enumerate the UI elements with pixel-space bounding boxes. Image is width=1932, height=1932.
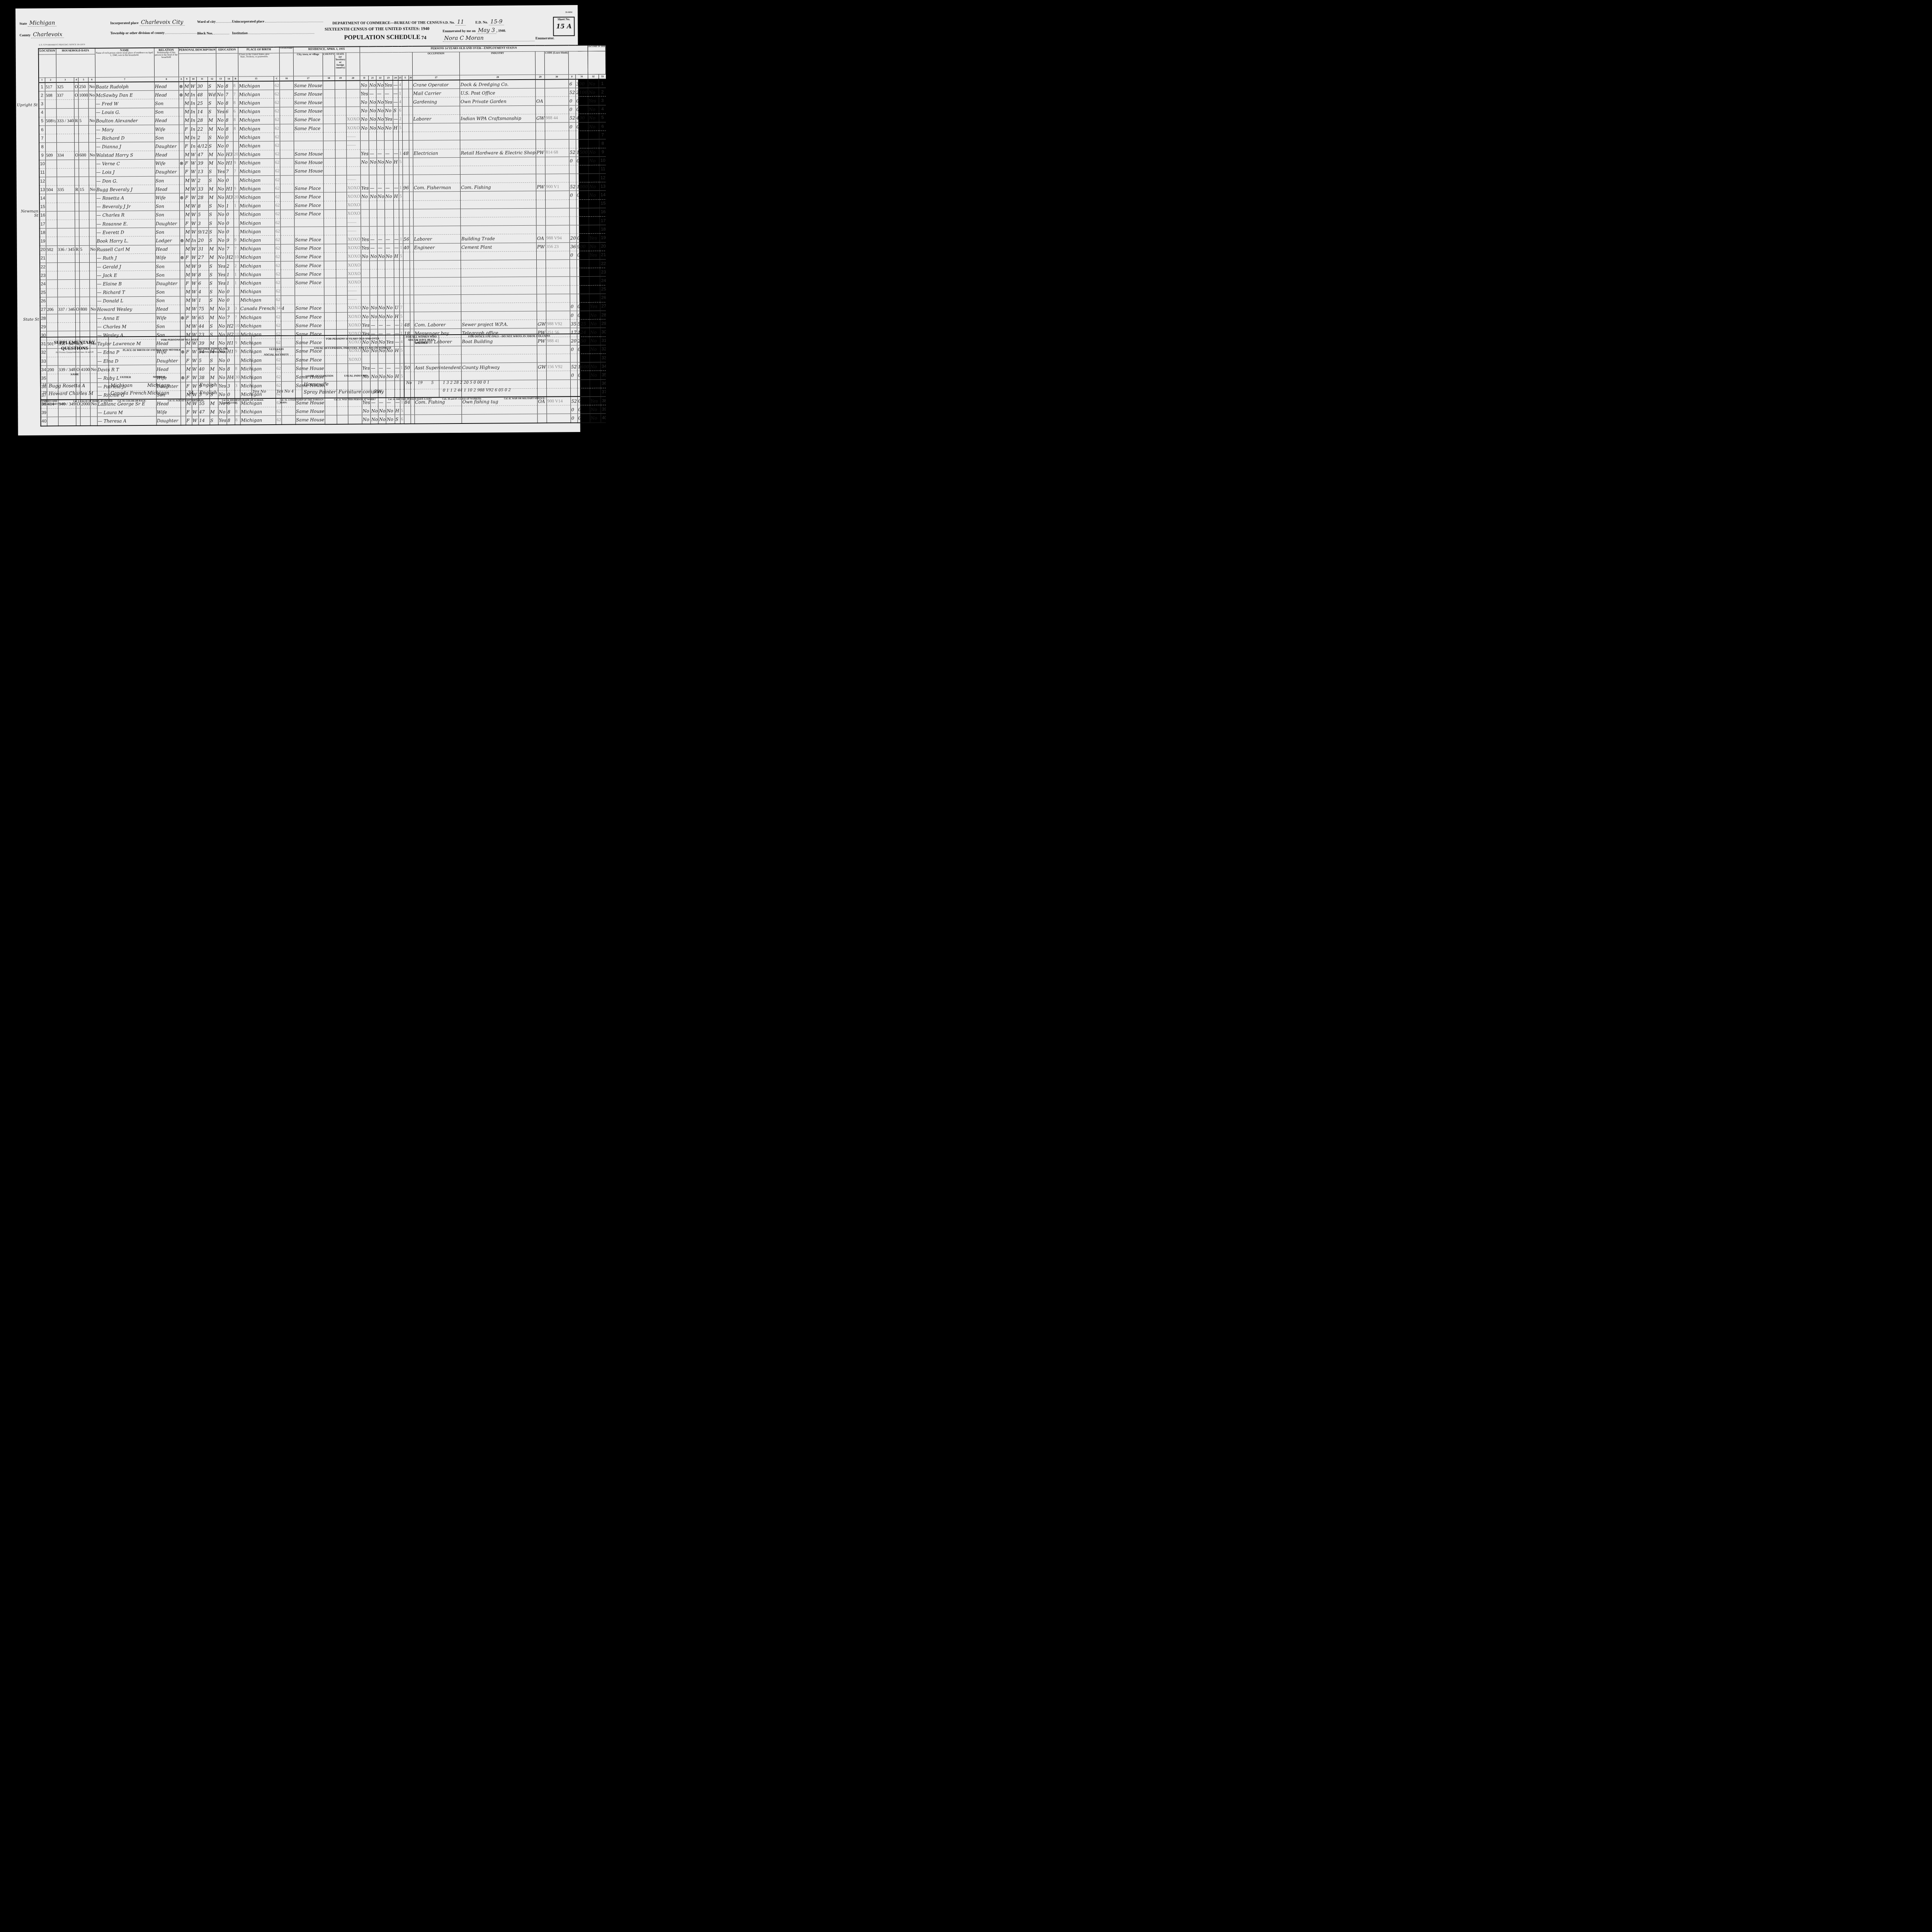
cell-h	[394, 269, 400, 278]
cell-bc: 62	[274, 116, 280, 124]
cell-age: 44	[198, 322, 209, 330]
cell-res: Same House	[294, 158, 323, 167]
cell-race: W	[191, 305, 198, 313]
cell-grade: 7	[225, 167, 233, 176]
cell-wages: 0	[576, 97, 588, 105]
cell-mar: S	[209, 228, 217, 236]
cell-rel: Wife	[155, 125, 179, 134]
cell-occ	[414, 286, 461, 295]
cell-farm	[88, 100, 95, 108]
cell-mar: M	[209, 253, 217, 262]
cell-s	[378, 286, 385, 295]
cell-ind	[461, 303, 537, 311]
cell-s	[335, 167, 347, 175]
cell-res	[294, 141, 323, 150]
cell-res: Same Place	[294, 235, 324, 244]
cell-h: —	[393, 115, 399, 123]
cell-line: 6	[599, 122, 606, 131]
cell-line: 27	[40, 306, 46, 314]
cell-occ	[413, 209, 461, 218]
cell-cls: GW	[536, 114, 545, 122]
cell-dwell	[57, 202, 75, 211]
cell-inf	[179, 211, 185, 219]
cell-line: 11	[39, 168, 46, 177]
cell-value	[80, 280, 90, 288]
cell-e: 5	[399, 192, 403, 201]
cell-w	[361, 141, 369, 149]
cell-oth: No	[590, 337, 600, 345]
cell-cls	[537, 303, 546, 311]
cell-line: 25	[40, 289, 46, 297]
cell-weeks	[570, 285, 577, 294]
cell-race: In	[190, 142, 197, 150]
cell-res	[295, 295, 324, 304]
cell-s	[336, 252, 347, 261]
cell-weeks: 0	[570, 251, 577, 259]
cell-gc	[233, 210, 239, 219]
cell-line: 13	[599, 182, 606, 190]
cell-occ: Crane Operator	[412, 80, 460, 89]
cell-gc	[234, 227, 240, 236]
cell-own	[75, 237, 79, 245]
cell-o	[385, 260, 394, 269]
cell-s	[335, 175, 347, 184]
cell-gc: 1	[234, 270, 240, 279]
column-number: 21	[369, 76, 376, 81]
column-number: A	[179, 77, 184, 82]
cell-wages	[577, 259, 589, 268]
cell-sex: M	[185, 236, 191, 245]
cell-occ: Com. Fisherman	[413, 183, 461, 192]
cell-birth: Michigan	[240, 296, 275, 304]
cell-own	[75, 280, 80, 288]
cell-cls: OA	[536, 97, 545, 105]
cell-bc: 62	[274, 124, 280, 133]
cell-bc: 62	[275, 261, 281, 270]
cell-oth	[590, 379, 600, 388]
cell-ind	[460, 174, 536, 183]
cell-res: Same House	[294, 167, 323, 176]
cell-e	[400, 286, 403, 295]
cell-s: —	[377, 235, 385, 243]
cell-weeks	[569, 139, 576, 148]
cell-h: —	[394, 321, 400, 329]
cell-occ	[413, 252, 461, 260]
cell-xo	[347, 150, 361, 158]
cell-house: 508	[45, 91, 56, 100]
cell-birth: Michigan	[238, 81, 274, 90]
cell-farm: No	[90, 305, 97, 314]
cell-sch: No	[216, 90, 225, 99]
cell-rel: Head	[154, 82, 179, 90]
cell-farm: No	[90, 245, 96, 254]
cell-wages: 300	[575, 79, 588, 88]
cell-dwell	[57, 228, 75, 237]
cell-hrs	[403, 286, 410, 295]
cell-weeks: 0	[569, 122, 576, 131]
cell-w	[361, 226, 369, 235]
cell-birth: Michigan	[240, 287, 275, 296]
cell-s: No	[378, 304, 386, 312]
printing-office-note: U.S. GOVERNMENT PRINTING OFFICE 16-11979	[39, 44, 85, 46]
cell-ind	[460, 105, 536, 114]
cell-xo: XOXO	[347, 304, 361, 312]
cell-w	[361, 218, 369, 226]
cell-race: W	[190, 150, 197, 159]
group-birth: PLACE OF BIRTH	[238, 47, 279, 53]
cell-grade: 1	[226, 270, 234, 279]
cell-farm	[89, 228, 96, 236]
cell-s	[335, 124, 346, 132]
cell-oc: 988 44	[545, 114, 569, 123]
cell-e: 5	[400, 312, 403, 320]
cell-age: 65	[198, 313, 209, 322]
cell-ind	[461, 191, 536, 200]
cell-house: 206	[46, 306, 58, 314]
cell-oth: No	[588, 105, 599, 114]
cell-p: No	[370, 312, 378, 321]
cell-oc	[545, 79, 569, 88]
cell-xo	[346, 98, 360, 106]
cell-birth: Michigan	[238, 116, 274, 124]
cell-wk	[409, 141, 413, 149]
cell-value	[79, 177, 89, 185]
cell-ind	[461, 200, 536, 209]
group-income: INCOME IN 1939	[588, 45, 605, 51]
cell-line: 22	[600, 259, 606, 268]
cell-w: No	[360, 115, 369, 124]
cell-s: No	[377, 158, 384, 166]
cell-weeks: 35	[570, 320, 577, 328]
cell-oth: No	[589, 191, 600, 199]
cell-house	[46, 288, 58, 297]
cell-gc	[233, 133, 239, 141]
cell-farm	[90, 322, 97, 331]
cell-birth: Michigan	[239, 158, 274, 167]
cell-wk	[410, 192, 413, 201]
cell-weeks: 0	[569, 105, 576, 114]
cell-mar: S	[208, 176, 217, 184]
cell-oc	[546, 199, 570, 208]
cell-dwell: 333 / 340	[56, 117, 75, 125]
cell-grade: H3	[225, 150, 233, 159]
cell-oth	[588, 173, 599, 182]
cell-grade: H3	[226, 193, 233, 202]
cell-line: 1	[599, 79, 606, 88]
cell-c	[323, 158, 335, 167]
cell-dwell	[56, 134, 75, 143]
cell-value	[80, 323, 90, 331]
cell-cit	[280, 141, 294, 150]
cell-dwell	[57, 263, 75, 271]
cell-rel: Head	[156, 305, 180, 314]
cell-rel: Head	[155, 150, 179, 159]
cell-name: — Richard T	[96, 288, 155, 297]
cell-inf	[179, 219, 185, 228]
cell-line: 3	[39, 100, 45, 108]
cell-value	[79, 125, 89, 134]
cell-sch: No	[217, 142, 225, 150]
cell-race: W	[190, 219, 197, 228]
cell-o: No	[384, 106, 393, 115]
cell-oth	[590, 388, 601, 396]
cell-res: Same Place	[294, 184, 323, 193]
cell-ind: U.S. Post Office	[460, 88, 536, 97]
cell-mar: M	[209, 304, 218, 313]
cell-cls	[536, 131, 545, 139]
cell-race: W	[191, 228, 197, 236]
cell-bc: 62	[274, 141, 280, 150]
cell-weeks: 0	[570, 191, 577, 199]
cell-farm	[90, 314, 97, 322]
cell-line: 7	[39, 134, 45, 143]
cell-race: W	[190, 159, 197, 167]
cell-rel: Wife	[155, 193, 179, 202]
cell-oc	[546, 208, 570, 217]
cell-value: 250	[78, 82, 88, 91]
cell-xo: ——	[347, 175, 361, 184]
state-field: State Michigan	[19, 20, 56, 26]
cell-weeks	[570, 208, 577, 216]
cell-birth: Canada French	[240, 304, 275, 313]
cell-sch: No	[217, 219, 226, 227]
cell-o	[385, 226, 393, 235]
cell-own	[74, 125, 78, 134]
cell-oth	[588, 165, 599, 173]
cell-farm: No	[89, 185, 96, 194]
cell-wk	[410, 320, 414, 329]
cell-dwell	[57, 177, 75, 185]
cell-h: S	[393, 106, 399, 115]
cell-dwell	[56, 143, 75, 151]
cell-own	[75, 254, 80, 262]
cell-res: Same Place	[294, 209, 323, 218]
cell-own	[76, 323, 80, 331]
cell-oc: 356 23	[546, 242, 570, 251]
cell-inf: ⊗	[179, 159, 184, 168]
cell-bc: 62	[274, 99, 280, 107]
cell-gc: 8	[233, 116, 239, 124]
column-number: 29	[536, 75, 545, 80]
cell-oth: No	[589, 242, 600, 251]
cell-o	[385, 269, 394, 278]
cell-oth	[589, 268, 600, 276]
cell-grade: H2	[226, 253, 234, 262]
cell-sex: M	[185, 202, 191, 210]
cell-wages: 0	[577, 234, 589, 242]
cell-xo	[347, 167, 361, 175]
cell-sch: No	[217, 150, 225, 159]
cell-s	[335, 107, 346, 115]
cell-w: No	[361, 158, 369, 167]
cell-mar: M	[209, 313, 218, 321]
cell-age: 6	[198, 279, 209, 287]
cell-value	[79, 160, 89, 168]
ward-field: Ward of city	[197, 20, 232, 24]
cell-s	[335, 81, 346, 90]
cell-house	[46, 177, 57, 185]
cell-s	[378, 295, 385, 303]
cell-value	[78, 100, 88, 108]
cell-o	[385, 201, 393, 209]
cell-dwell: 334	[56, 151, 75, 160]
cell-name: — Rosanne E.	[96, 219, 155, 228]
cell-sex: M	[185, 305, 191, 313]
cell-e: 5	[399, 158, 403, 166]
cell-own: R	[75, 185, 79, 194]
cell-cit	[280, 193, 294, 201]
cell-cit	[280, 107, 294, 116]
cell-value	[80, 237, 90, 245]
cell-res: Same Place	[294, 244, 324, 253]
cell-age: 39	[197, 159, 208, 167]
cell-oc: 814 68	[545, 148, 569, 157]
cell-wages: 0	[577, 396, 590, 405]
cell-w	[361, 209, 369, 218]
cell-age: 14	[197, 107, 208, 116]
cell-w	[361, 261, 370, 269]
cell-inf	[180, 245, 185, 253]
cell-grade: 0	[226, 296, 234, 304]
cell-line: 14	[39, 194, 46, 202]
cell-line: 20	[40, 246, 46, 254]
cell-rel: Son	[155, 133, 179, 142]
cell-race: In	[190, 107, 197, 116]
cell-line: 19	[600, 234, 606, 242]
census-title: SIXTEENTH CENSUS OF THE UNITED STATES: 1…	[325, 26, 429, 32]
cell-house	[45, 100, 56, 108]
cell-value	[79, 202, 89, 211]
cell-cit	[281, 270, 295, 278]
cell-own	[75, 160, 79, 168]
cell-inf	[180, 270, 185, 279]
cell-e	[399, 201, 403, 209]
cell-cit	[281, 218, 294, 227]
cell-cit	[280, 201, 294, 210]
cell-sch: No	[218, 321, 226, 330]
cell-sch: No	[217, 184, 225, 193]
cell-c	[324, 278, 336, 287]
cell-s	[337, 321, 348, 330]
cell-sex: F	[184, 125, 190, 133]
cell-name: — Richard D	[95, 133, 155, 142]
cell-cls	[536, 200, 546, 208]
cell-occ	[413, 192, 461, 201]
cell-line: 31	[600, 337, 606, 345]
cell-occ	[414, 303, 461, 312]
cell-s	[377, 201, 385, 209]
cell-oth: No	[588, 182, 599, 191]
cell-name: Boulton Alexander	[95, 116, 155, 125]
cell-ind	[461, 217, 536, 226]
cell-oth: No	[590, 405, 601, 413]
cell-cls	[537, 251, 546, 260]
cell-inf	[179, 142, 184, 150]
cell-oth	[589, 225, 600, 233]
cell-house	[45, 134, 56, 143]
column-number: 2	[45, 78, 56, 83]
cell-p: —	[369, 235, 377, 243]
cell-xo: ——	[346, 141, 360, 149]
cell-cit: 4	[281, 304, 295, 313]
cell-house	[45, 143, 56, 151]
women-block: FOR ALL WOMEN WHO ARE OR HAVE BEEN MARRI…	[404, 335, 439, 397]
cell-own	[75, 262, 80, 271]
cell-s	[378, 278, 385, 286]
cell-o	[385, 295, 394, 303]
cell-house	[45, 108, 56, 117]
cell-o: No	[386, 312, 394, 321]
cell-grade: 9	[226, 236, 233, 244]
cell-own	[75, 177, 79, 185]
cell-bc: 62	[274, 150, 280, 158]
cell-weeks: 0	[570, 303, 577, 311]
cell-race: W	[191, 279, 197, 287]
column-number: 10	[190, 77, 196, 82]
cell-own: R	[75, 245, 79, 254]
cell-s: No	[378, 252, 385, 260]
cell-e	[399, 218, 403, 226]
cell-wages: 0	[578, 414, 590, 423]
cell-grade: 8	[225, 116, 233, 124]
cell-gc: 20	[233, 150, 239, 158]
cell-e	[399, 141, 403, 149]
cell-wk	[409, 115, 413, 123]
cell-age: 48	[197, 90, 208, 99]
cell-s: No	[378, 312, 386, 321]
cell-oc	[545, 97, 569, 105]
cell-o	[384, 141, 393, 149]
cell-p: —	[369, 149, 377, 158]
column-number: 9	[184, 77, 190, 82]
cell-inf	[180, 279, 185, 287]
cell-age: 4	[198, 287, 209, 296]
cell-mar: S	[209, 287, 218, 296]
cell-cls: PW	[536, 182, 546, 191]
sheet-number: 15 A	[554, 22, 574, 30]
cell-e: 5	[400, 252, 403, 260]
cell-own	[75, 202, 79, 211]
cell-cls	[536, 191, 546, 200]
cell-rel: Daughter	[155, 219, 179, 228]
cell-line: 28	[600, 311, 606, 319]
cell-bc: 62	[275, 175, 281, 184]
cell-p	[369, 226, 377, 235]
cell-house: 517	[45, 82, 56, 91]
column-number: 19	[335, 76, 346, 81]
cell-cls	[537, 294, 546, 303]
cell-line: 14	[599, 191, 606, 199]
cell-weeks: 52	[569, 182, 576, 191]
column-number: 1	[39, 78, 45, 83]
cell-weeks	[569, 174, 576, 182]
cell-own	[74, 108, 78, 117]
cell-sex: F	[185, 313, 191, 322]
column-number: B	[233, 77, 238, 82]
cell-s	[336, 201, 347, 209]
cell-name: — Charles R	[96, 211, 155, 219]
cell-line: 15	[599, 199, 606, 208]
cell-inf	[179, 168, 185, 176]
cell-farm	[89, 134, 95, 142]
cell-house	[46, 168, 57, 177]
cell-age: 8	[198, 270, 209, 279]
cell-line: 38	[601, 396, 606, 405]
cell-hrs	[403, 166, 410, 175]
cell-cls: PW	[536, 148, 545, 157]
cell-line: 12	[39, 177, 46, 185]
cell-inf: ⊗	[180, 253, 185, 262]
